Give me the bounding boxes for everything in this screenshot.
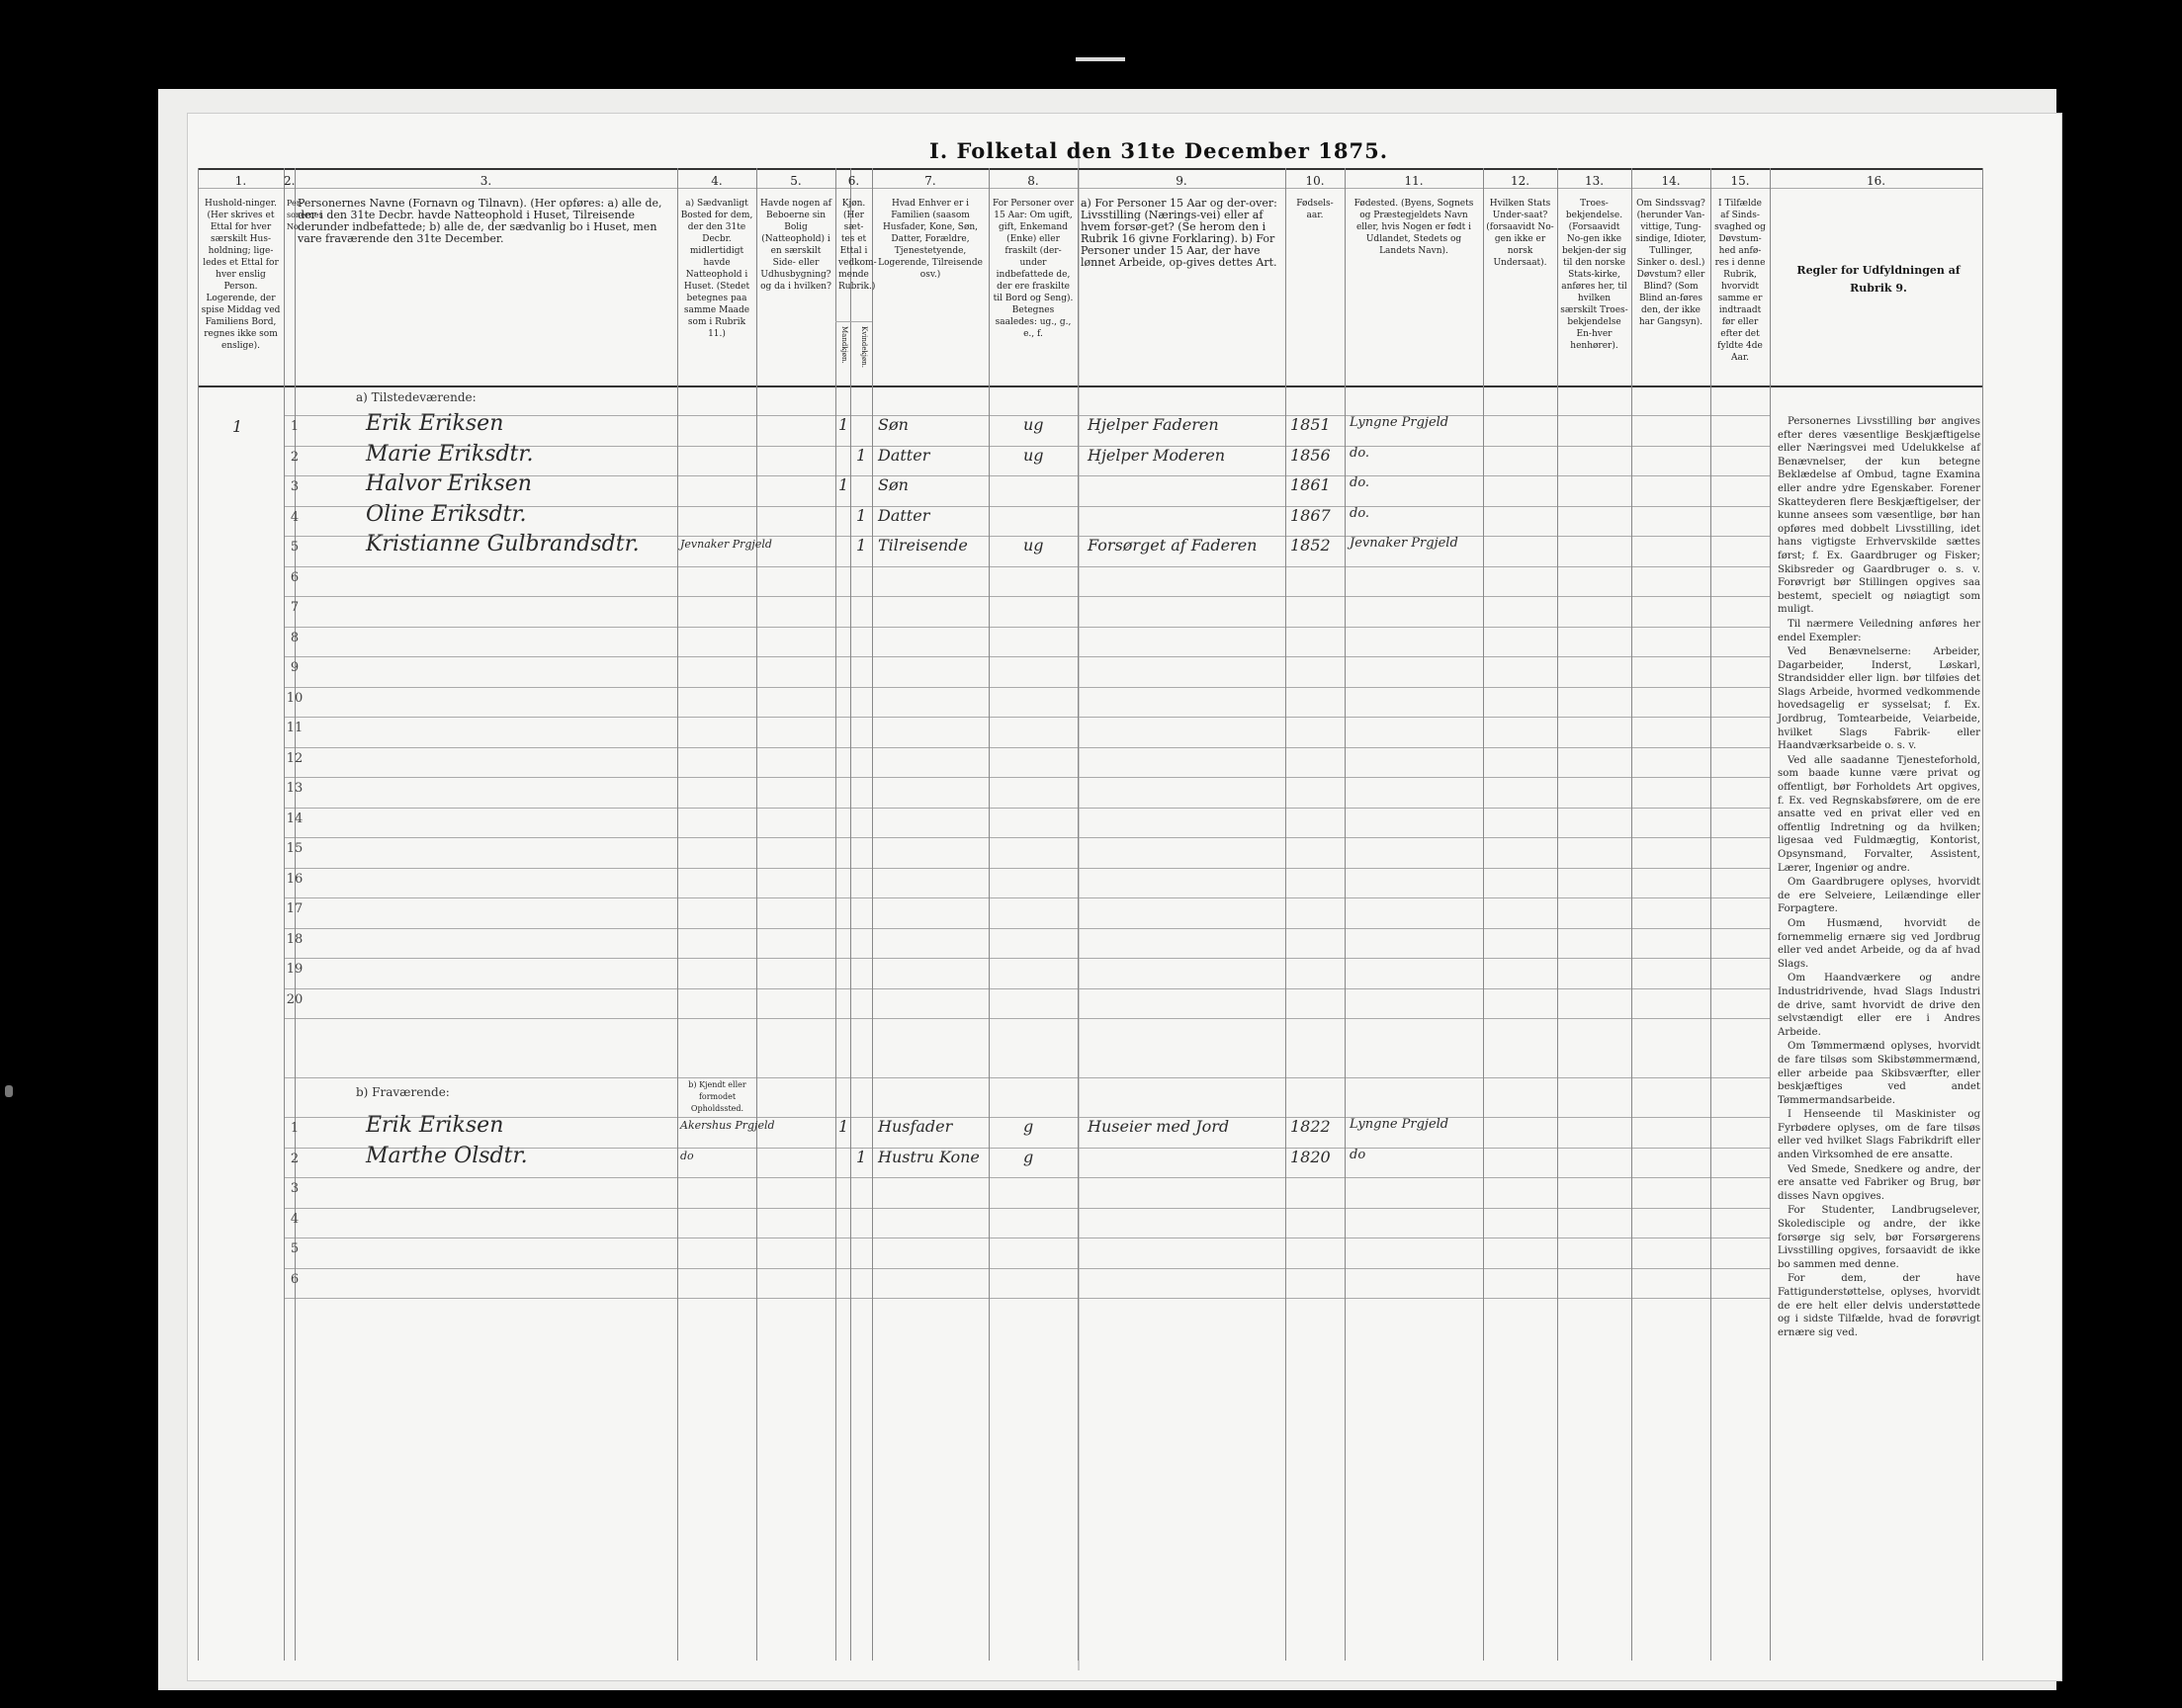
column-border — [1770, 168, 1771, 1661]
sex-male-mark: 1 — [838, 475, 848, 494]
birth-year: 1851 — [1290, 415, 1331, 434]
header-c5: Havde nogen af Beboerne sin Bolig (Natte… — [759, 198, 832, 293]
row-number: 18 — [285, 932, 305, 947]
column-border — [677, 168, 678, 1661]
column-number: 12. — [1483, 174, 1557, 188]
occupation: Hjelper Faderen — [1088, 415, 1219, 434]
row-number: 6 — [285, 1272, 305, 1287]
header-bottom-border — [198, 385, 1982, 387]
column-number: 16. — [1770, 174, 1982, 188]
row-number: 7 — [285, 600, 305, 615]
rules-heading: Regler for Udfyldningen af Rubrik 9. — [1780, 262, 1977, 298]
column-number: 7. — [872, 174, 989, 188]
row-number: 14 — [285, 811, 305, 826]
marital-status: ug — [1023, 446, 1044, 465]
birth-year: 1856 — [1290, 446, 1331, 465]
birthplace: Lyngne Prgjeld — [1350, 1117, 1448, 1132]
rules-paragraph: Til nærmere Veiledning anføres her endel… — [1778, 618, 1980, 644]
row-number: 11 — [285, 721, 305, 735]
birthplace: Lyngne Prgjeld — [1350, 415, 1448, 430]
column-number: 13. — [1557, 174, 1631, 188]
birthplace: do — [1350, 1148, 1365, 1162]
column-number: 10. — [1285, 174, 1345, 188]
column-number-divider — [198, 188, 1982, 189]
birthplace: do. — [1350, 446, 1369, 461]
header-c9: a) For Personer 15 Aar og der-over: Livs… — [1081, 198, 1282, 269]
row-line — [284, 1298, 1770, 1299]
person-name: Erik Eriksen — [366, 1113, 503, 1138]
film-edge-mark — [5, 1085, 13, 1097]
row-number: 6 — [285, 570, 305, 585]
marital-status: g — [1023, 1117, 1033, 1136]
section-b-col4-header: b) Kjendt eller formodet Opholdssted. — [680, 1079, 754, 1115]
rules-paragraph: Om Haandværkere og andre Industridrivend… — [1778, 972, 1980, 1039]
rules-text: Personernes Livsstilling bør angives eft… — [1778, 415, 1980, 1340]
column-border — [989, 168, 990, 1661]
column-border — [756, 168, 757, 1661]
sex-female-mark: 1 — [856, 506, 866, 525]
column-border — [1631, 168, 1632, 1661]
column-number: 1. — [198, 174, 284, 188]
header-c6: Kjøn. (Her sæt-tes et Ettal i vedkom-men… — [838, 198, 869, 293]
row-line — [284, 1177, 1770, 1178]
row-line — [284, 1238, 1770, 1238]
column-border — [1483, 168, 1484, 1661]
section-present-label: a) Tilstedeværende: — [356, 390, 477, 404]
column-number: 2. — [284, 174, 295, 188]
birth-year: 1820 — [1290, 1148, 1331, 1166]
rules-paragraph: Om Tømmermænd oplyses, hvorvidt de fare … — [1778, 1040, 1980, 1107]
column-border — [1557, 168, 1558, 1661]
row-line — [284, 656, 1770, 657]
usual-residence: do — [680, 1150, 694, 1162]
person-name: Marthe Olsdtr. — [366, 1144, 528, 1168]
person-name: Marie Eriksdtr. — [366, 442, 533, 467]
birthplace: Jevnaker Prgjeld — [1350, 536, 1458, 551]
birth-year: 1867 — [1290, 506, 1331, 525]
row-number: 15 — [285, 841, 305, 856]
column-number: 3. — [295, 174, 677, 188]
family-relation: Datter — [878, 446, 929, 465]
marital-status: ug — [1023, 536, 1044, 555]
person-name: Kristianne Gulbrandsdtr. — [366, 532, 640, 556]
occupation: Hjelper Moderen — [1088, 446, 1225, 465]
header-c3: Personernes Navne (Fornavn og Tilnavn). … — [298, 198, 674, 245]
row-line — [284, 1018, 1770, 1019]
column-border — [1078, 168, 1079, 1661]
row-number: 1 — [285, 419, 305, 434]
row-line — [284, 747, 1770, 748]
sex-female-mark: 1 — [856, 446, 866, 465]
row-number: 10 — [285, 691, 305, 706]
family-relation: Søn — [878, 475, 909, 494]
row-line — [284, 717, 1770, 718]
row-line — [284, 837, 1770, 838]
rules-paragraph: For dem, der have Fattigunderstøttelse, … — [1778, 1272, 1980, 1339]
row-number: 16 — [285, 872, 305, 887]
film-top-mark — [1076, 57, 1125, 61]
row-line — [284, 928, 1770, 929]
row-line — [284, 1268, 1770, 1269]
sex-male-mark: 1 — [838, 415, 848, 434]
rules-paragraph: Ved Smede, Snedkere og andre, der ere an… — [1778, 1163, 1980, 1204]
row-number: 3 — [285, 1181, 305, 1196]
household-mark: 1 — [232, 417, 242, 436]
header-c7: Hvad Enhver er i Familien (saasom Husfad… — [875, 198, 986, 281]
column-number: 4. — [677, 174, 756, 188]
birthplace: do. — [1350, 475, 1369, 490]
column-number: 9. — [1078, 174, 1285, 188]
section-absent-label: b) Fraværende: — [356, 1085, 450, 1099]
birth-year: 1852 — [1290, 536, 1331, 555]
header-c8: For Personer over 15 Aar: Om ugift, gift… — [992, 198, 1075, 340]
rules-paragraph: Om Gaardbrugere oplyses, hvorvidt de ere… — [1778, 876, 1980, 916]
row-number: 12 — [285, 751, 305, 766]
row-number: 17 — [285, 901, 305, 916]
section-b-divider — [284, 1077, 1770, 1078]
marital-status: ug — [1023, 415, 1044, 434]
person-name: Halvor Eriksen — [366, 471, 532, 496]
sex-subdivider — [835, 321, 872, 322]
family-relation: Tilreisende — [878, 536, 968, 555]
header-c10: Fødsels-aar. — [1288, 198, 1342, 221]
family-relation: Husfader — [878, 1117, 952, 1136]
row-line — [284, 627, 1770, 628]
page-title: I. Folketal den 31te December 1875. — [929, 138, 1388, 163]
rules-paragraph: Ved alle saadanne Tjenesteforhold, som b… — [1778, 754, 1980, 875]
birthplace: do. — [1350, 506, 1369, 521]
row-number: 1 — [285, 1121, 305, 1136]
header-c11: Fødested. (Byens, Sognets og Præstegjeld… — [1348, 198, 1480, 257]
row-line — [284, 1208, 1770, 1209]
header-c15: I Tilfælde af Sinds-svaghed og Døvstum-h… — [1713, 198, 1767, 364]
rules-paragraph: Personernes Livsstilling bør angives eft… — [1778, 415, 1980, 617]
rules-paragraph: For Studenter, Landbrugselever, Skoledis… — [1778, 1204, 1980, 1271]
column-number: 11. — [1345, 174, 1483, 188]
column-number: 8. — [989, 174, 1078, 188]
row-number: 2 — [285, 1152, 305, 1166]
row-number: 4 — [285, 510, 305, 525]
row-line — [284, 777, 1770, 778]
family-relation: Datter — [878, 506, 929, 525]
occupation: Forsørget af Faderen — [1088, 536, 1257, 555]
row-number: 19 — [285, 962, 305, 977]
row-number: 9 — [285, 660, 305, 675]
header-male: Mandkjøn. — [836, 326, 850, 364]
row-number: 3 — [285, 479, 305, 494]
sex-male-mark: 1 — [838, 1117, 848, 1136]
occupation: Huseier med Jord — [1088, 1117, 1229, 1136]
rules-paragraph: Ved Benævnelserne: Arbeider, Dagarbeider… — [1778, 645, 1980, 753]
person-name: Erik Eriksen — [366, 411, 503, 436]
birth-year: 1861 — [1290, 475, 1331, 494]
header-c14: Om Sindssvag? (herunder Van-vittige, Tun… — [1634, 198, 1707, 328]
header-c2: Per-sonernes No. — [287, 198, 292, 233]
sex-female-mark: 1 — [856, 1148, 866, 1166]
usual-residence: Akershus Prgjeld — [680, 1119, 775, 1132]
column-border — [872, 168, 873, 1661]
row-line — [284, 596, 1770, 597]
header-c13: Troes-bekjendelse. (Forsaavidt No-gen ik… — [1560, 198, 1628, 352]
row-number: 2 — [285, 450, 305, 465]
column-number: 5. — [756, 174, 835, 188]
column-number: 15. — [1710, 174, 1770, 188]
row-line — [284, 988, 1770, 989]
birth-year: 1822 — [1290, 1117, 1331, 1136]
row-number: 5 — [285, 1241, 305, 1256]
column-number: 14. — [1631, 174, 1710, 188]
column-border — [1285, 168, 1286, 1661]
column-border — [1345, 168, 1346, 1661]
family-relation: Hustru Kone — [878, 1148, 980, 1166]
column-border — [1710, 168, 1711, 1661]
row-line — [284, 687, 1770, 688]
table-top-border — [198, 168, 1982, 170]
row-line — [284, 808, 1770, 809]
row-line — [284, 958, 1770, 959]
header-c12: Hvilken Stats Under-saat? (forsaavidt No… — [1486, 198, 1554, 269]
row-number: 8 — [285, 631, 305, 645]
rules-paragraph: Om Husmænd, hvorvidt de fornemmelig ernæ… — [1778, 917, 1980, 971]
column-border — [1982, 168, 1983, 1661]
column-border — [198, 168, 199, 1661]
usual-residence: Jevnaker Prgjeld — [680, 538, 772, 551]
column-border — [850, 168, 851, 1661]
header-female: Kvindekjøn. — [852, 326, 870, 368]
family-relation: Søn — [878, 415, 909, 434]
row-number: 5 — [285, 540, 305, 555]
marital-status: g — [1023, 1148, 1033, 1166]
row-number: 4 — [285, 1212, 305, 1227]
rules-paragraph: I Henseende til Maskinister og Fyrbødere… — [1778, 1108, 1980, 1161]
row-line — [284, 566, 1770, 567]
column-border — [835, 168, 836, 1661]
row-line — [284, 897, 1770, 898]
row-number: 20 — [285, 992, 305, 1007]
row-line — [284, 868, 1770, 869]
sex-female-mark: 1 — [856, 536, 866, 555]
person-name: Oline Eriksdtr. — [366, 502, 527, 527]
header-c4: a) Sædvanligt Bosted for dem, der den 31… — [680, 198, 753, 340]
header-c1: Hushold-ninger. (Her skrives et Ettal fo… — [201, 198, 281, 352]
column-number: 6. — [835, 174, 872, 188]
row-number: 13 — [285, 781, 305, 796]
